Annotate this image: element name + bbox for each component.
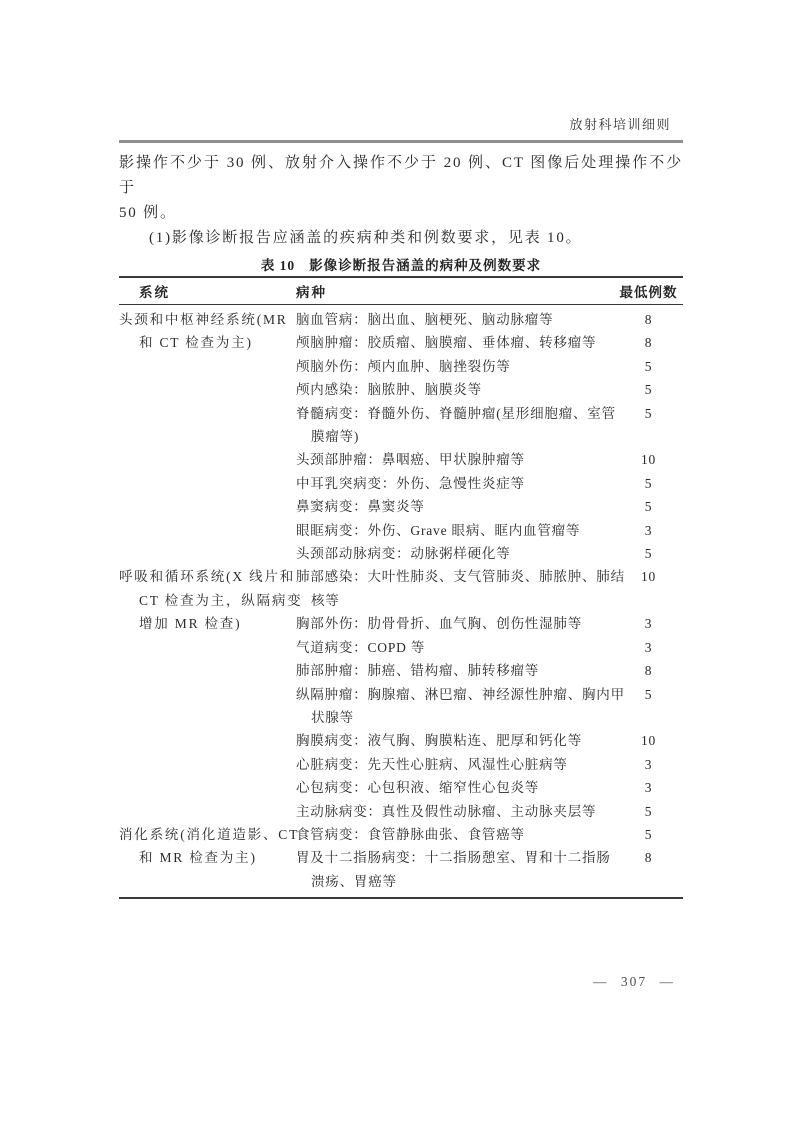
count-cell: 5 xyxy=(614,355,683,378)
system-cell: 头颈和中枢神经系统(MR和 CT 检查为主) xyxy=(119,308,296,565)
disease-line: 核等 xyxy=(296,589,614,612)
disease-line: 状腺等 xyxy=(296,706,614,729)
running-head: 放射科培训细则 xyxy=(119,114,683,143)
disease-cell: 肺部肿瘤：肺癌、错构瘤、肺转移瘤等 xyxy=(296,659,614,682)
disease-line: 纵隔肿瘤：胸腺瘤、淋巴瘤、神经源性肿瘤、胸内甲 xyxy=(296,683,614,706)
disease-cell: 颅内感染：脑脓肿、脑膜炎等 xyxy=(296,378,614,401)
table-row: 中耳乳突病变：外伤、急慢性炎症等5 xyxy=(296,472,683,495)
disease-line: 心脏病变：先天性心脏病、风湿性心脏病等 xyxy=(296,753,614,776)
system-line: 呼吸和循环系统(X 线片和 xyxy=(119,565,296,588)
system-cell: 呼吸和循环系统(X 线片和CT 检查为主，纵隔病变增加 MR 检查) xyxy=(119,565,296,822)
disease-line: 脊髓病变：脊髓外伤、脊髓肿瘤(星形细胞瘤、室管 xyxy=(296,402,614,425)
disease-cell: 鼻窦病变：鼻窦炎等 xyxy=(296,495,614,518)
table-row: 肺部肿瘤：肺癌、错构瘤、肺转移瘤等8 xyxy=(296,659,683,682)
disease-cell: 头颈部动脉病变：动脉粥样硬化等 xyxy=(296,542,614,565)
intro-line-2: 50 例。 xyxy=(119,201,683,226)
disease-line: 心包病变：心包积液、缩窄性心包炎等 xyxy=(296,776,614,799)
count-cell: 5 xyxy=(614,402,683,449)
disease-line: 胸膜病变：液气胸、胸膜粘连、肥厚和钙化等 xyxy=(296,729,614,752)
count-cell: 5 xyxy=(614,800,683,823)
table-caption-label: 表 10 xyxy=(261,258,295,273)
count-cell: 8 xyxy=(614,659,683,682)
disease-cell: 胸部外伤：肋骨骨折、血气胸、创伤性湿肺等 xyxy=(296,612,614,635)
table-section: 呼吸和循环系统(X 线片和CT 检查为主，纵隔病变增加 MR 检查)肺部感染：大… xyxy=(119,565,683,822)
table-row: 头颈部肿瘤：鼻咽癌、甲状腺肿瘤等10 xyxy=(296,448,683,471)
count-cell: 5 xyxy=(614,472,683,495)
system-line: 增加 MR 检查) xyxy=(119,612,296,635)
count-cell: 3 xyxy=(614,636,683,659)
disease-cell: 心包病变：心包积液、缩窄性心包炎等 xyxy=(296,776,614,799)
disease-line: 主动脉病变：真性及假性动脉瘤、主动脉夹层等 xyxy=(296,800,614,823)
running-head-text: 放射科培训细则 xyxy=(569,117,671,132)
disease-line: 肺部感染：大叶性肺炎、支气管肺炎、肺脓肿、肺结 xyxy=(296,565,614,588)
count-cell: 3 xyxy=(614,753,683,776)
disease-rows: 脑血管病：脑出血、脑梗死、脑动脉瘤等8颅脑肿瘤：胶质瘤、脑膜瘤、垂体瘤、转移瘤等… xyxy=(296,308,683,565)
system-line: CT 检查为主，纵隔病变 xyxy=(119,589,296,612)
count-cell: 10 xyxy=(614,448,683,471)
disease-cell: 气道病变：COPD 等 xyxy=(296,636,614,659)
disease-line: 食管病变：食管静脉曲张、食管癌等 xyxy=(296,823,614,846)
intro-paragraph: 影操作不少于 30 例、放射介入操作不少于 20 例、CT 图像后处理操作不少于… xyxy=(119,151,683,251)
count-cell: 3 xyxy=(614,776,683,799)
disease-cell: 颅脑肿瘤：胶质瘤、脑膜瘤、垂体瘤、转移瘤等 xyxy=(296,331,614,354)
system-line: 和 CT 检查为主) xyxy=(119,331,296,354)
page-number: — 307 — xyxy=(119,974,683,990)
disease-line: 颅脑肿瘤：胶质瘤、脑膜瘤、垂体瘤、转移瘤等 xyxy=(296,331,614,354)
table-row: 心包病变：心包积液、缩窄性心包炎等3 xyxy=(296,776,683,799)
table-row: 胃及十二指肠病变：十二指肠憩室、胃和十二指肠溃疡、胃癌等8 xyxy=(296,846,683,893)
document-page: 放射科培训细则 影操作不少于 30 例、放射介入操作不少于 20 例、CT 图像… xyxy=(0,0,800,1131)
table-header-row: 系统 病种 最低例数 xyxy=(119,278,683,305)
disease-cell: 眼眶病变：外伤、Grave 眼病、眶内血管瘤等 xyxy=(296,519,614,542)
header-system: 系统 xyxy=(119,281,296,301)
disease-line: 头颈部肿瘤：鼻咽癌、甲状腺肿瘤等 xyxy=(296,448,614,471)
table-row: 食管病变：食管静脉曲张、食管癌等5 xyxy=(296,823,683,846)
disease-rows: 肺部感染：大叶性肺炎、支气管肺炎、肺脓肿、肺结核等10胸部外伤：肋骨骨折、血气胸… xyxy=(296,565,683,822)
count-cell: 3 xyxy=(614,519,683,542)
disease-cell: 脑血管病：脑出血、脑梗死、脑动脉瘤等 xyxy=(296,308,614,331)
intro-item-1: (1)影像诊断报告应涵盖的疾病种类和例数要求，见表 10。 xyxy=(119,226,683,251)
disease-line: 膜瘤等) xyxy=(296,425,614,448)
count-cell: 3 xyxy=(614,612,683,635)
count-cell: 5 xyxy=(614,823,683,846)
table-row: 胸部外伤：肋骨骨折、血气胸、创伤性湿肺等3 xyxy=(296,612,683,635)
disease-rows: 食管病变：食管静脉曲张、食管癌等5胃及十二指肠病变：十二指肠憩室、胃和十二指肠溃… xyxy=(296,823,683,893)
count-cell: 8 xyxy=(614,331,683,354)
header-disease: 病种 xyxy=(296,281,614,301)
system-line: 消化系统(消化道造影、CT xyxy=(119,823,296,846)
disease-cell: 颅脑外伤：颅内血肿、脑挫裂伤等 xyxy=(296,355,614,378)
table-body: 头颈和中枢神经系统(MR和 CT 检查为主)脑血管病：脑出血、脑梗死、脑动脉瘤等… xyxy=(119,305,683,897)
count-cell: 5 xyxy=(614,683,683,730)
disease-cell: 心脏病变：先天性心脏病、风湿性心脏病等 xyxy=(296,753,614,776)
table-row: 主动脉病变：真性及假性动脉瘤、主动脉夹层等5 xyxy=(296,800,683,823)
disease-line: 眼眶病变：外伤、Grave 眼病、眶内血管瘤等 xyxy=(296,519,614,542)
table-row: 颅脑肿瘤：胶质瘤、脑膜瘤、垂体瘤、转移瘤等8 xyxy=(296,331,683,354)
table-caption: 表 10影像诊断报告涵盖的病种及例数要求 xyxy=(119,254,683,274)
disease-line: 脑血管病：脑出血、脑梗死、脑动脉瘤等 xyxy=(296,308,614,331)
table-row: 脊髓病变：脊髓外伤、脊髓肿瘤(星形细胞瘤、室管膜瘤等)5 xyxy=(296,402,683,449)
disease-line: 胃及十二指肠病变：十二指肠憩室、胃和十二指肠 xyxy=(296,846,614,869)
disease-line: 气道病变：COPD 等 xyxy=(296,636,614,659)
disease-line: 颅脑外伤：颅内血肿、脑挫裂伤等 xyxy=(296,355,614,378)
table-row: 胸膜病变：液气胸、胸膜粘连、肥厚和钙化等10 xyxy=(296,729,683,752)
header-min-cases: 最低例数 xyxy=(614,281,683,301)
system-line: 和 MR 检查为主) xyxy=(119,846,296,869)
count-cell: 8 xyxy=(614,846,683,893)
table-row: 气道病变：COPD 等3 xyxy=(296,636,683,659)
table-caption-text: 影像诊断报告涵盖的病种及例数要求 xyxy=(309,258,541,273)
count-cell: 5 xyxy=(614,495,683,518)
count-cell: 10 xyxy=(614,565,683,612)
table-section: 头颈和中枢神经系统(MR和 CT 检查为主)脑血管病：脑出血、脑梗死、脑动脉瘤等… xyxy=(119,308,683,565)
table-row: 纵隔肿瘤：胸腺瘤、淋巴瘤、神经源性肿瘤、胸内甲状腺等5 xyxy=(296,683,683,730)
disease-cell: 主动脉病变：真性及假性动脉瘤、主动脉夹层等 xyxy=(296,800,614,823)
disease-line: 胸部外伤：肋骨骨折、血气胸、创伤性湿肺等 xyxy=(296,612,614,635)
table-section: 消化系统(消化道造影、CT和 MR 检查为主)食管病变：食管静脉曲张、食管癌等5… xyxy=(119,823,683,893)
disease-line: 头颈部动脉病变：动脉粥样硬化等 xyxy=(296,542,614,565)
count-cell: 5 xyxy=(614,378,683,401)
system-cell: 消化系统(消化道造影、CT和 MR 检查为主) xyxy=(119,823,296,893)
table-row: 肺部感染：大叶性肺炎、支气管肺炎、肺脓肿、肺结核等10 xyxy=(296,565,683,612)
table-row: 眼眶病变：外伤、Grave 眼病、眶内血管瘤等3 xyxy=(296,519,683,542)
disease-cell: 纵隔肿瘤：胸腺瘤、淋巴瘤、神经源性肿瘤、胸内甲状腺等 xyxy=(296,683,614,730)
disease-cell: 头颈部肿瘤：鼻咽癌、甲状腺肿瘤等 xyxy=(296,448,614,471)
disease-cell: 脊髓病变：脊髓外伤、脊髓肿瘤(星形细胞瘤、室管膜瘤等) xyxy=(296,402,614,449)
disease-cell: 中耳乳突病变：外伤、急慢性炎症等 xyxy=(296,472,614,495)
table-row: 脑血管病：脑出血、脑梗死、脑动脉瘤等8 xyxy=(296,308,683,331)
intro-line-1: 影操作不少于 30 例、放射介入操作不少于 20 例、CT 图像后处理操作不少于 xyxy=(119,151,683,201)
table-row: 头颈部动脉病变：动脉粥样硬化等5 xyxy=(296,542,683,565)
table-row: 颅脑外伤：颅内血肿、脑挫裂伤等5 xyxy=(296,355,683,378)
count-cell: 5 xyxy=(614,542,683,565)
disease-line: 中耳乳突病变：外伤、急慢性炎症等 xyxy=(296,472,614,495)
page-number-text: — 307 — xyxy=(593,974,675,989)
table-row: 心脏病变：先天性心脏病、风湿性心脏病等3 xyxy=(296,753,683,776)
disease-cell: 胃及十二指肠病变：十二指肠憩室、胃和十二指肠溃疡、胃癌等 xyxy=(296,846,614,893)
disease-line: 鼻窦病变：鼻窦炎等 xyxy=(296,495,614,518)
system-line: 头颈和中枢神经系统(MR xyxy=(119,308,296,331)
disease-cell: 食管病变：食管静脉曲张、食管癌等 xyxy=(296,823,614,846)
count-cell: 8 xyxy=(614,308,683,331)
disease-line: 溃疡、胃癌等 xyxy=(296,870,614,893)
disease-line: 肺部肿瘤：肺癌、错构瘤、肺转移瘤等 xyxy=(296,659,614,682)
table-row: 鼻窦病变：鼻窦炎等5 xyxy=(296,495,683,518)
disease-cell: 胸膜病变：液气胸、胸膜粘连、肥厚和钙化等 xyxy=(296,729,614,752)
disease-line: 颅内感染：脑脓肿、脑膜炎等 xyxy=(296,378,614,401)
disease-cell: 肺部感染：大叶性肺炎、支气管肺炎、肺脓肿、肺结核等 xyxy=(296,565,614,612)
table-row: 颅内感染：脑脓肿、脑膜炎等5 xyxy=(296,378,683,401)
diagnosis-report-table: 系统 病种 最低例数 头颈和中枢神经系统(MR和 CT 检查为主)脑血管病：脑出… xyxy=(119,276,683,899)
count-cell: 10 xyxy=(614,729,683,752)
